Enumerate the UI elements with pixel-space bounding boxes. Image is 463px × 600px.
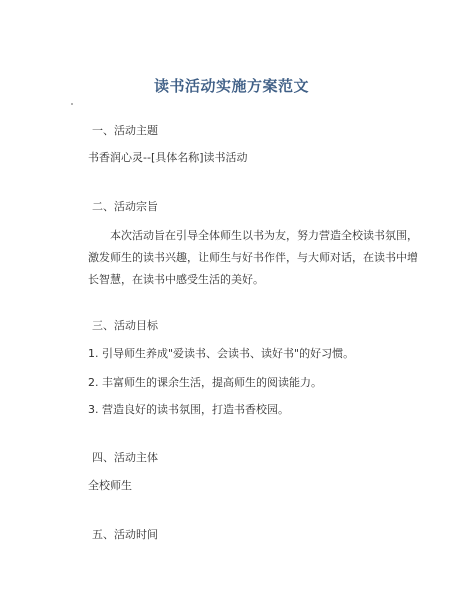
section-heading-theme: 一、活动主题 <box>92 123 158 139</box>
section-heading-purpose: 二、活动宗旨 <box>92 199 158 215</box>
section-body-theme: 书香润心灵--[具体名称]读书活动 <box>88 150 248 166</box>
goal-list-item: 1. 引导师生养成"爱读书、会读书、读好书"的好习惯。 <box>88 346 354 362</box>
paragraph-line: 本次活动旨在引导全体师生以书为友，努力营造全校读书氛围， <box>88 228 388 250</box>
document-page: 读书活动实施方案范文 一、活动主题 书香润心灵--[具体名称]读书活动 二、活动… <box>0 0 463 600</box>
goal-list-item: 2. 丰富师生的课余生活，提高师生的阅读能力。 <box>88 375 322 391</box>
paragraph-line: 长智慧，在读书中感受生活的美好。 <box>88 272 388 294</box>
section-paragraph-purpose: 本次活动旨在引导全体师生以书为友，努力营造全校读书氛围， 激发师生的读书兴趣，让… <box>88 228 388 294</box>
section-heading-participants: 四、活动主体 <box>92 450 158 466</box>
document-title: 读书活动实施方案范文 <box>0 76 463 96</box>
stray-dot-mark <box>71 103 73 105</box>
section-heading-goals: 三、活动目标 <box>92 318 158 334</box>
paragraph-line: 激发师生的读书兴趣，让师生与好书作伴，与大师对话，在读书中增 <box>88 250 388 272</box>
section-body-participants: 全校师生 <box>88 478 132 494</box>
goal-list-item: 3. 营造良好的读书氛围，打造书香校园。 <box>88 402 289 418</box>
section-heading-time: 五、活动时间 <box>92 527 158 543</box>
